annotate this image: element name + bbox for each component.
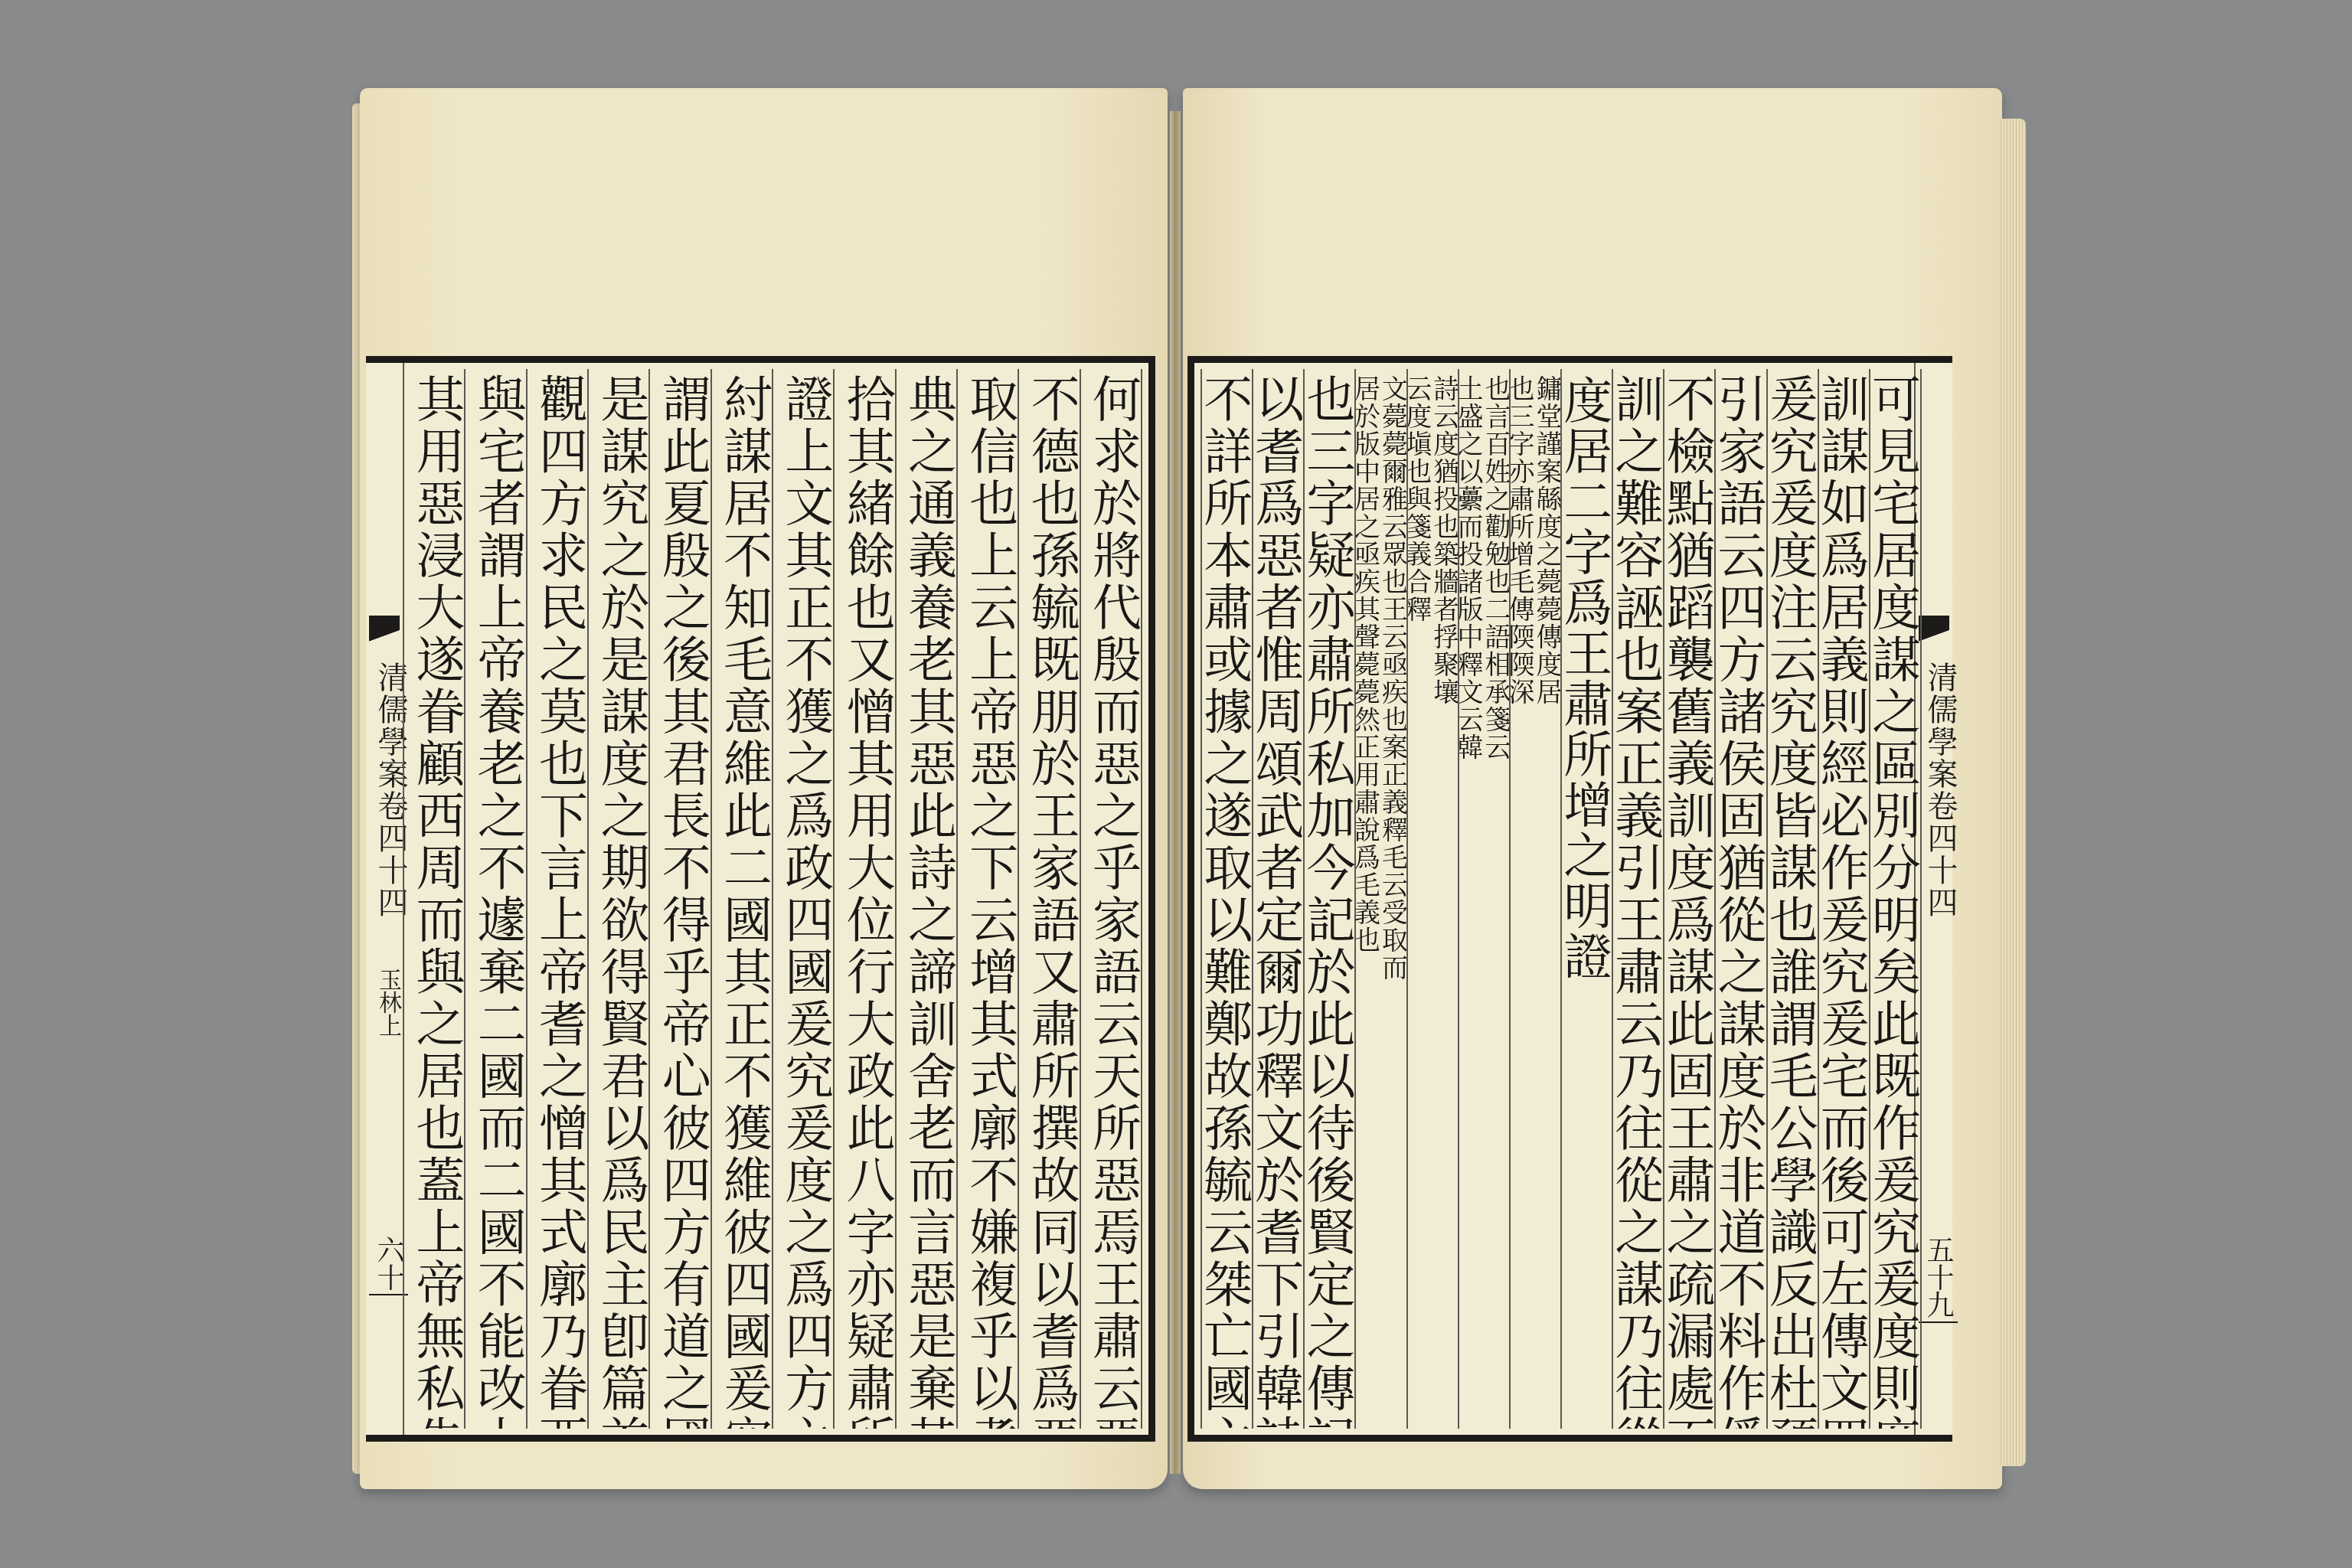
text-column: 是謀究之於是謀度之期欲得賢君以爲民主卽篇首所云監 (587, 369, 648, 1429)
text-column: 證上文其正不獲之爲政四國爰究爰度之爲四方之國從桀 (772, 369, 833, 1429)
annotation-line: 土盛之以虆而投諸版中釋文云韓 (1458, 375, 1481, 1429)
left-page: 清儒學案卷四十四 玉林上 六十 何求於將代殷而惡之乎家語云天所惡焉王肅云惡桀紂之… (360, 88, 1168, 1489)
right-page: 清儒學案卷四十四 五十九 可見宅居度謀之區別分明矣此既作爰究爰度則度字必當 訓謀… (1183, 88, 2002, 1489)
text-column: 何求於將代殷而惡之乎家語云天所惡焉王肅云惡桀紂之 (1080, 369, 1142, 1429)
left-text-columns: 何求於將代殷而惡之乎家語云天所惡焉王肅云惡桀紂之 不德也孫毓既朋於王家語又肅所撰… (403, 369, 1142, 1429)
text-column: 典之通義養老其惡此詩之諦訓舍老而言惡是棄其本訓而 (895, 369, 956, 1429)
text-column: 不德也孫毓既朋於王家語又肅所撰故同以耆爲惡而不足 (1018, 369, 1079, 1429)
right-page-number: 五十九 (1919, 1236, 1958, 1323)
annotation-line: 文薨薨爾雅云眾也王云亟疾也案正義釋毛云受取而 (1379, 375, 1406, 1429)
book-fore-edge-right (1998, 119, 2026, 1466)
annotation-column: 文薨薨爾雅云眾也王云亟疾也案正義釋毛云受取而 居於版中居之亟疾其聲薨薨然正用肅說… (1354, 369, 1406, 1429)
text-column: 不詳所本肅或據之遂取以難鄭故孫毓云桀亡國六百餘年 (1200, 369, 1252, 1429)
text-column: 也三字疑亦肅所私加今記於此以待後賢定之傳記未見有 (1303, 369, 1354, 1429)
annotation-line: 鏞堂謹案緜度之薨薨傳度居 (1533, 375, 1560, 1429)
fish-tail-mark-icon (1919, 616, 1949, 651)
annotation-column: 也言百姓之勸勉也二語相承箋云 土盛之以虆而投諸版中釋文云韓 (1458, 369, 1509, 1429)
annotation-line: 也三字亦肅所增毛傳陾陾深 (1509, 375, 1533, 1429)
mixed-column: 度居二字爲王肅所增之明證 (1560, 369, 1612, 1429)
text-column: 謂此夏殷之後其君長不得乎帝心彼四方有道之國上帝於 (648, 369, 710, 1429)
left-page-frame: 清儒學案卷四十四 玉林上 六十 何求於將代殷而惡之乎家語云天所惡焉王肅云惡桀紂之… (366, 356, 1155, 1442)
annotation-line: 也言百姓之勸勉也二語相承箋云 (1481, 375, 1509, 1429)
open-book: 清儒學案卷四十四 玉林上 六十 何求於將代殷而惡之乎家語云天所惡焉王肅云惡桀紂之… (360, 88, 2029, 1497)
text-column: 可見宅居度謀之區別分明矣此既作爰究爰度則度字必當 (1869, 369, 1922, 1429)
annotation-column: 詩云度猶投也築牆者捊聚壤 云度塡也與箋義合釋 (1406, 369, 1458, 1429)
text-column: 爰究爰度注云究度皆謀也誰謂毛公學識反出杜預下乎肅 (1766, 369, 1818, 1429)
left-page-center-margin: 清儒學案卷四十四 玉林上 六十 (366, 363, 404, 1435)
text-column: 觀四方求民之莫也下言上帝耆之憎其式廓乃眷西顧此維 (526, 369, 587, 1429)
text-column: 拾其緒餘也又憎其用大位行大政此八字亦疑肅所私加以 (833, 369, 894, 1429)
annotation-column: 鏞堂謹案緜度之薨薨傳度居 也三字亦肅所增毛傳陾陾深 (1509, 369, 1560, 1429)
text-column: 訓之難容誣也案正義引王肅云乃往從之謀乃往從之居此 (1612, 369, 1663, 1429)
right-page-frame: 清儒學案卷四十四 五十九 可見宅居度謀之區別分明矣此既作爰究爰度則度字必當 訓謀… (1187, 356, 1952, 1442)
book-gutter (1170, 111, 1181, 1474)
text-column-main: 度居二字爲王肅所增之明證 (1560, 375, 1612, 1429)
text-column: 紂謀居不知毛意維此二國其正不獲維彼四國爰究爰度者 (710, 369, 772, 1429)
annotation-line: 詩云度猶投也築牆者捊聚壤 (1430, 375, 1458, 1429)
left-margin-subtitle: 玉林上 (371, 968, 404, 1037)
text-column: 不檢點猶蹈襲舊義訓度爲謀此固王肅之疏漏處而亦見雅 (1663, 369, 1714, 1429)
text-column: 訓謀如爲居義則經必作爰究爰宅而後可左傳文四年引詩 (1818, 369, 1869, 1429)
annotation-line: 云度塡也與箋義合釋 (1406, 375, 1430, 1429)
fish-tail-mark-icon (369, 616, 400, 651)
text-column: 與宅者謂上帝養老之不遽棄二國而二國不能改上帝心憎 (464, 369, 525, 1429)
right-margin-title: 清儒學案卷四十四 (1919, 661, 1962, 919)
text-column: 其用惡浸大遂眷顧西周而與之居也蓋上帝無私先究度於 (403, 369, 464, 1429)
text-column: 引家語云四方諸侯固猶從之謀度於非道不料作僞之人稍 (1714, 369, 1766, 1429)
text-column: 以耆爲惡者惟周頌武者定爾功釋文於耆下引韓詩云惡也 (1252, 369, 1303, 1429)
right-text-columns: 可見宅居度謀之區別分明矣此既作爰究爰度則度字必當 訓謀如爲居義則經必作爰究爰宅而… (1200, 369, 1922, 1429)
annotation-line: 居於版中居之亟疾其聲薨薨然正用肅說爲毛義也 (1354, 375, 1378, 1429)
text-column: 取信也上云上帝惡之下云增其式廓不嫌複乎以耆爲老經 (956, 369, 1018, 1429)
